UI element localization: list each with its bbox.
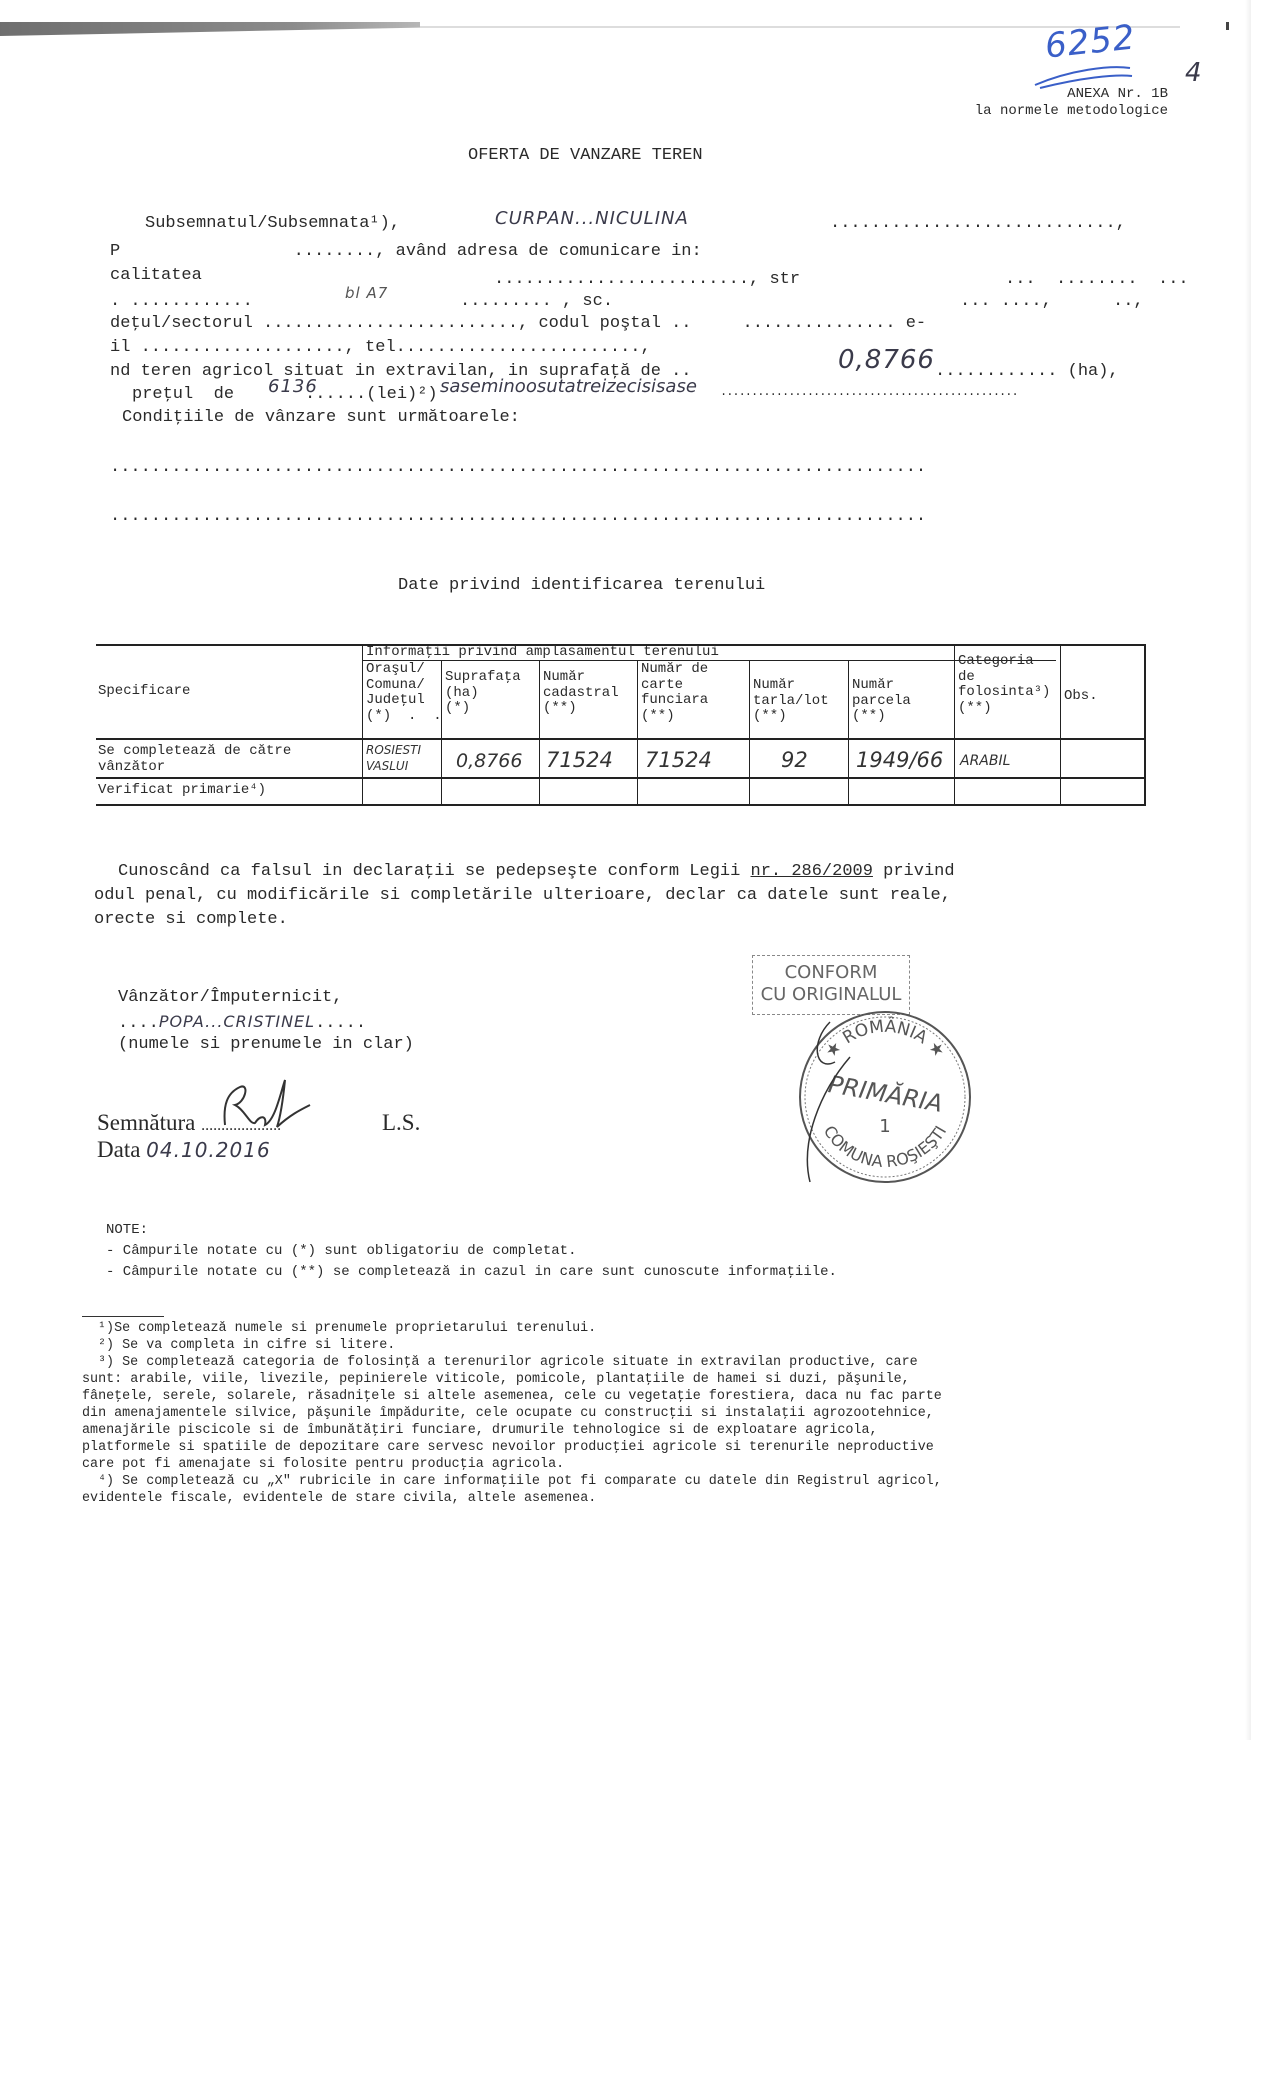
signatory-name[interactable]: POPA...CRISTINEL	[159, 1012, 315, 1031]
header-land-use: Categoria de folosinta³) (**)	[958, 654, 1050, 716]
declaration-text: Cunoscând ca falsul in declaraţii se ped…	[118, 862, 751, 881]
footnote-4-cont: evidentele fiscale, evidentele de stare …	[82, 1491, 596, 1506]
land-identification-table: Specificare Informaţii privind amplasame…	[96, 644, 1146, 806]
declaration-line-1: Cunoscând ca falsul in declaraţii se ped…	[118, 862, 955, 881]
price-dots: ........................................…	[720, 385, 1018, 399]
note-item-2: - Câmpurile notate cu (**) se completeaz…	[106, 1264, 837, 1280]
address-line: P ........, având adresa de comunicare i…	[110, 242, 702, 261]
declaration-line-3: orecte si complete.	[94, 910, 288, 929]
street-dots-right: ... ........ ...	[1005, 270, 1189, 289]
footnote-2: ²) Se va completa in cifre si litere.	[98, 1338, 395, 1353]
cell-area[interactable]: 0,8766	[456, 750, 522, 772]
conditions-label: Condiţiile de vânzare sunt următoarele:	[122, 408, 520, 427]
email-phone-line[interactable]: il ...................., tel............…	[110, 338, 651, 357]
seller-name[interactable]: CURPAN...NICULINA	[495, 208, 689, 229]
footnote-3-cont-3: din amenajamentele silvice, păşunile împ…	[82, 1406, 934, 1421]
date-row: Data 04.10.2016	[97, 1137, 271, 1163]
header-plot-lot: Număr tarla/lot (**)	[753, 678, 829, 725]
footnote-3: ³) Se completează categoria de folosinţă…	[98, 1355, 918, 1370]
footnote-1: ¹)Se completează numele si prenumele pro…	[98, 1321, 596, 1336]
row-verified-label: Verificat primarie⁴)	[98, 783, 266, 799]
land-area-unit: ............ (ha),	[935, 362, 1119, 381]
stamp-conform: CONFORM	[753, 962, 909, 984]
apartment-field[interactable]: ... ...., ..,	[960, 292, 1144, 311]
declaration-line-2: odul penal, cu modificările si completăr…	[94, 886, 951, 905]
notes-title: NOTE:	[106, 1222, 148, 1238]
block-value[interactable]: bl A7	[345, 284, 388, 302]
cell-city[interactable]: ROSIESTI VASLUI	[366, 742, 421, 774]
seller-name-dots: ............................,	[830, 214, 1126, 233]
header-land-book: Număr de carte funciara (**)	[641, 662, 708, 724]
footnote-3-cont-4: amenajările piscicole si de îmbunătăţiri…	[82, 1423, 878, 1438]
date-value[interactable]: 04.10.2016	[146, 1138, 271, 1162]
law-reference: nr. 286/2009	[751, 862, 873, 881]
signature-label-text: Semnătura	[97, 1110, 195, 1135]
name-dots-pre: ....	[118, 1014, 159, 1033]
cell-parcel[interactable]: 1949/66	[856, 748, 943, 772]
row-seller-label: Se completează de către vânzător	[98, 744, 291, 775]
seal-placeholder: L.S.	[382, 1110, 420, 1136]
date-label: Data	[97, 1137, 140, 1162]
name-caption: (numele si prenumele in clar)	[118, 1035, 414, 1054]
document-title: OFERTA DE VANZARE TEREN	[468, 146, 703, 165]
annex-reference: la normele metodologice	[940, 103, 1168, 119]
scan-edge-mark	[1226, 22, 1229, 30]
signature-field[interactable]: ....................	[201, 1117, 281, 1134]
declaration-text-end: privind	[873, 862, 955, 881]
name-dots-post: .....	[315, 1014, 366, 1033]
signatory-name-line: ....POPA...CRISTINEL.....	[118, 1012, 366, 1033]
header-area: Suprafaţa (ha) (*)	[445, 670, 521, 717]
svg-text:1: 1	[879, 1116, 890, 1137]
scara-field[interactable]: ......... , sc.	[460, 292, 613, 311]
street-field[interactable]: ........................., str	[494, 270, 800, 289]
page-right-edge	[1245, 0, 1251, 1740]
footnote-4: ⁴) Se completează cu „X" rubricile in ca…	[98, 1474, 942, 1489]
price-in-words[interactable]: saseminoosutatreizecisisase	[440, 376, 697, 397]
header-cadastral: Număr cadastral (**)	[543, 670, 619, 717]
header-city: Oraşul/ Comuna/ Judeţul (*) . .	[366, 662, 442, 724]
section-title: Date privind identificarea terenului	[398, 576, 765, 595]
svg-text:PRIMĂRIA: PRIMĂRIA	[826, 1069, 945, 1118]
conditions-line-1[interactable]: ........................................…	[110, 458, 926, 477]
county-postal-line[interactable]: deţul/sectorul .........................…	[110, 314, 926, 333]
footnote-divider	[82, 1316, 164, 1317]
signatory-role: Vânzător/Împuternicit,	[118, 988, 342, 1007]
seller-label: Subsemnatul/Subsemnata¹),	[145, 214, 400, 233]
land-area-value[interactable]: 0,8766	[838, 345, 935, 375]
footnote-3-cont-1: sunt: arabile, viile, livezile, pepinier…	[82, 1372, 910, 1387]
annex-number: ANEXA Nr. 1B	[1040, 86, 1168, 102]
footnote-3-cont-5: platformele si spatiile de depozitare ca…	[82, 1440, 934, 1455]
header-specificare: Specificare	[98, 684, 190, 700]
note-item-1: - Câmpurile notate cu (*) sunt obligator…	[106, 1243, 576, 1259]
page-mark: 4	[1185, 58, 1203, 88]
footnote-3-cont-6: care pot fi amenajate si folosite pentru…	[82, 1457, 564, 1472]
header-location-group: Informaţii privind amplasamentul terenul…	[366, 645, 719, 661]
block-dots-left: . ............	[110, 292, 253, 311]
price-label: preţul de	[132, 385, 234, 404]
cell-land-book[interactable]: 71524	[645, 748, 712, 772]
header-obs: Obs.	[1064, 689, 1098, 705]
conditions-line-2[interactable]: ........................................…	[110, 507, 926, 526]
signature-label: Semnătura ....................	[97, 1110, 281, 1136]
town-hall-seal-icon: ★ ROMÂNIA ★ COMUNA ROŞIEŞTI PRIMĂRIA 1	[790, 1002, 980, 1192]
header-parcel: Număr parcela (**)	[852, 678, 911, 725]
scan-artifact-bar	[0, 22, 420, 36]
cell-cadastral[interactable]: 71524	[546, 748, 613, 772]
cell-plot-lot[interactable]: 92	[781, 748, 808, 772]
footnote-3-cont-2: fâneţele, serele, solarele, răsadniţele …	[82, 1389, 942, 1404]
price-unit: ......(lei)²)	[305, 385, 438, 404]
quality-label: calitatea	[110, 266, 202, 285]
cell-land-use[interactable]: ARABIL	[960, 753, 1010, 769]
svg-text:★ ROMÂNIA ★: ★ ROMÂNIA ★	[821, 1015, 949, 1062]
